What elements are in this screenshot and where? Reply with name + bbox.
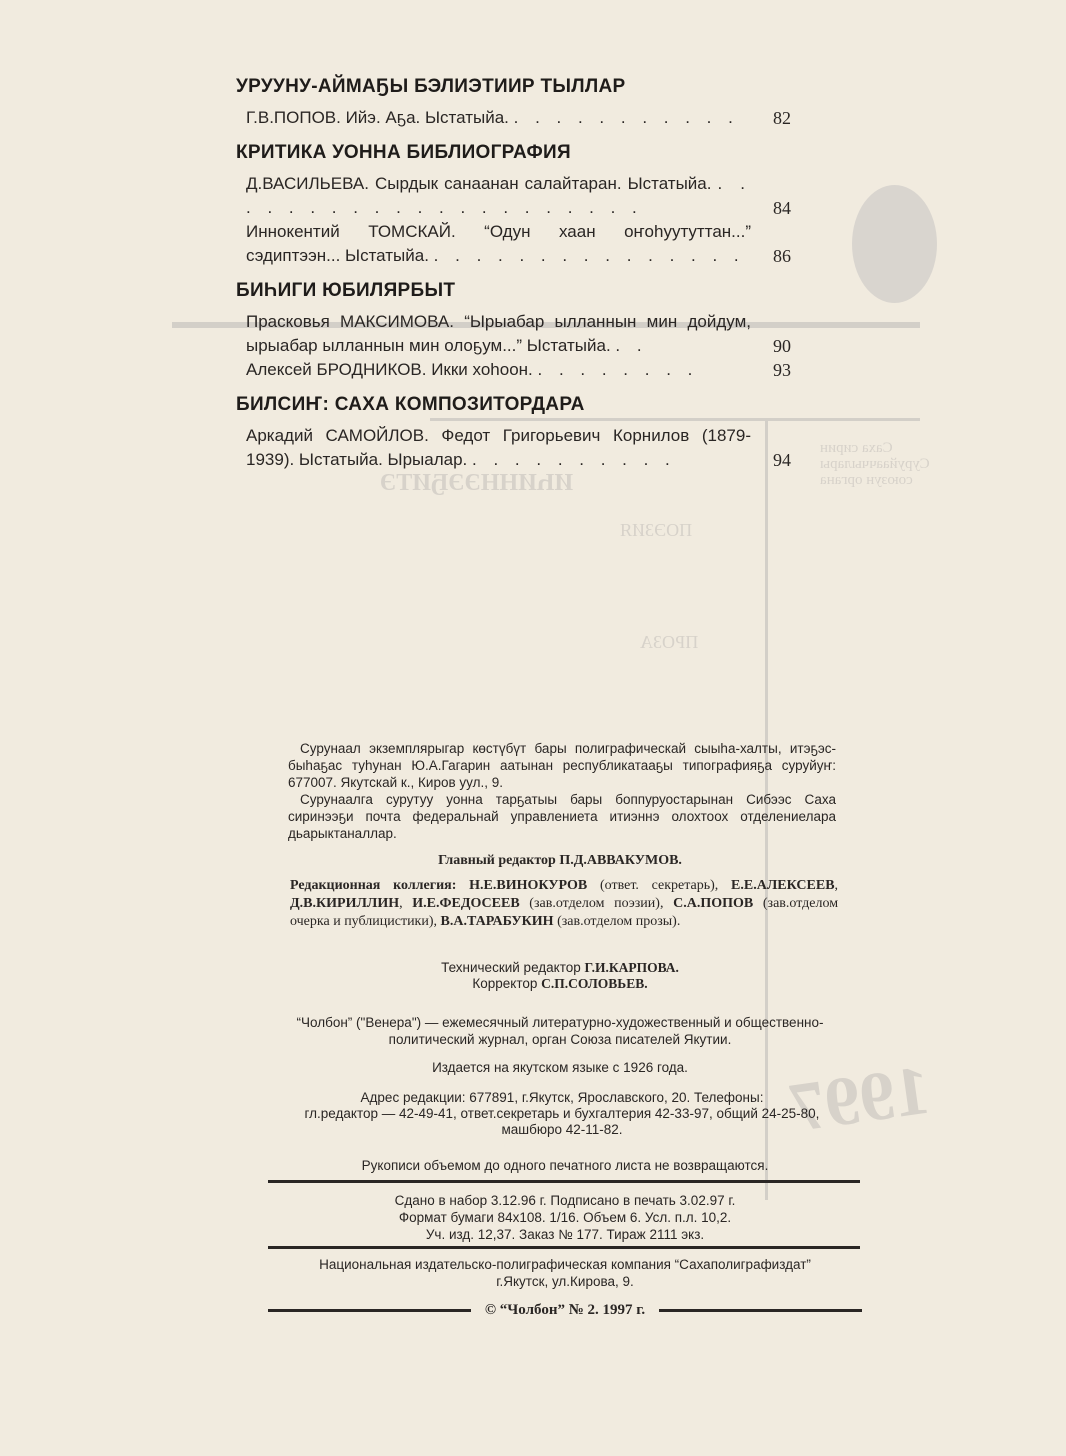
board-label: Редакционная коллегия:: [290, 878, 456, 893]
toc-section: КРИТИКА УОННА БИБЛИОГРАФИЯ Д.ВАСИЛЬЕВА. …: [236, 142, 796, 268]
print-info-line: Сдано в набор 3.12.96 г. Подписано в печ…: [270, 1192, 860, 1209]
leader-dots: . . . . . . . . . . . . . . .: [434, 246, 745, 265]
entry-text: Прасковья МАКСИМОВА. “Ырыабар ылланнын м…: [246, 312, 751, 355]
toc-entry: Аркадий САМОЙЛОВ. Федот Григорьевич Корн…: [246, 424, 751, 472]
chief-editor-label: Главный редактор: [438, 853, 556, 868]
section-title: КРИТИКА УОННА БИБЛИОГРАФИЯ: [236, 142, 796, 164]
bleed-text: союзун органа: [820, 472, 913, 489]
toc-section: УРУУНУ-АЙМАҔЫ БЭЛИЭТИИР ТЫЛЛАР Г.В.ПОПОВ…: [236, 76, 796, 130]
board-member-name: Н.Е.ВИНОКУРОВ: [469, 878, 587, 893]
toc-entry: Г.В.ПОПОВ. Ийэ. Аҕа. Ыстатыйа. . . . . .…: [246, 106, 751, 130]
copyright-text: © “Чолбон” № 2. 1997 г.: [471, 1302, 659, 1319]
address-line: машбюро 42-11-82.: [262, 1122, 862, 1138]
publication-since: Издается на якутском языке с 1926 года.: [280, 1060, 840, 1075]
publisher-line: Национальная издательско-полиграфическая…: [270, 1256, 860, 1273]
technical-staff: Технический редактор Г.И.КАРПОВА. Коррек…: [280, 960, 840, 992]
board-member-role: (зав.отделом поэзии): [529, 896, 660, 911]
page-number: 94: [773, 448, 791, 472]
technical-editor: Технический редактор Г.И.КАРПОВА.: [280, 960, 840, 976]
table-of-contents: УРУУНУ-АЙМАҔЫ БЭЛИЭТИИР ТЫЛЛАР Г.В.ПОПОВ…: [236, 76, 796, 484]
technical-editor-name: Г.И.КАРПОВА.: [585, 960, 679, 975]
toc-entry: Алексей БРОДНИКОВ. Икки хоһоон. . . . . …: [246, 358, 751, 382]
editorial-board: Редакционная коллегия: Н.Е.ВИНОКУРОВ (от…: [290, 877, 838, 931]
section-title: УРУУНУ-АЙМАҔЫ БЭЛИЭТИИР ТЫЛЛАР: [236, 76, 796, 98]
section-title: БИҺИГИ ЮБИЛЯРБЫТ: [236, 280, 796, 302]
page-number: 84: [773, 196, 791, 220]
publisher-info: Национальная издательско-полиграфическая…: [270, 1256, 860, 1290]
bleed-text: Суруйааччылары: [820, 456, 930, 473]
toc-section: БИЛСИҤ: САХА КОМПОЗИТОРДАРА Аркадий САМО…: [236, 394, 796, 472]
page-number: 86: [773, 244, 791, 268]
board-member-name: И.Е.ФЕДОСЕЕВ: [412, 896, 519, 911]
print-info-line: Формат бумаги 84х108. 1/16. Объем 6. Усл…: [270, 1209, 860, 1226]
page-number: 93: [773, 358, 791, 382]
imprint-paragraph: Сурунаал экземплярыгар көстүбүт бары пол…: [288, 740, 836, 791]
divider: [268, 1309, 471, 1312]
corrector-name: С.П.СОЛОВЬЕВ.: [541, 976, 647, 991]
bleed-text: ПОЭЗИЯ: [620, 520, 692, 541]
address-line: Адрес редакции: 677891, г.Якутск, Яросла…: [262, 1090, 862, 1106]
print-info: Сдано в набор 3.12.96 г. Подписано в печ…: [270, 1192, 860, 1243]
section-title: БИЛСИҤ: САХА КОМПОЗИТОРДАРА: [236, 394, 796, 416]
toc-entry: Д.ВАСИЛЬЕВА. Сырдык санаанан салайтаран.…: [246, 172, 751, 220]
leader-dots: . .: [615, 336, 647, 355]
board-member-name: С.А.ПОПОВ: [673, 896, 753, 911]
board-member-role: (ответ. секретарь): [600, 878, 715, 893]
address-line: гл.редактор — 42-49-41, ответ.секретарь …: [262, 1106, 862, 1122]
entry-text: Г.В.ПОПОВ. Ийэ. Аҕа. Ыстатыйа.: [246, 108, 509, 127]
divider: [659, 1309, 862, 1312]
bleed-emblem: [852, 185, 937, 303]
toc-section: БИҺИГИ ЮБИЛЯРБЫТ Прасковья МАКСИМОВА. “Ы…: [236, 280, 796, 382]
chief-editor: Главный редактор П.Д.АВВАКУМОВ.: [280, 853, 840, 869]
page-number: 90: [773, 334, 791, 358]
board-member-role: (зав.отделом прозы).: [557, 914, 680, 929]
entry-text: Д.ВАСИЛЬЕВА. Сырдык санаанан салайтаран.…: [246, 174, 711, 193]
technical-editor-label: Технический редактор: [441, 960, 581, 975]
leader-dots: . . . . . . . . . .: [472, 450, 676, 469]
journal-description: “Чолбон” ("Венера") — ежемесячный литера…: [280, 1014, 840, 1048]
leader-dots: . . . . . . . . . . .: [514, 108, 739, 127]
page-number: 82: [773, 106, 791, 130]
copyright-footer: © “Чолбон” № 2. 1997 г.: [268, 1302, 862, 1319]
entry-text: Алексей БРОДНИКОВ. Икки хоһоон.: [246, 360, 533, 379]
toc-entry: Иннокентий ТОМСКАЙ. “Одун хаан оҥоһуутут…: [246, 220, 751, 268]
leader-dots: . . . . . . . .: [538, 360, 699, 379]
corrector: Корректор С.П.СОЛОВЬЕВ.: [280, 976, 840, 992]
imprint-notes: Сурунаал экземплярыгар көстүбүт бары пол…: [288, 740, 836, 842]
imprint-paragraph: Сурунаалга сурутуу уонна тарҕатыы бары б…: [288, 791, 836, 842]
toc-entry: Прасковья МАКСИМОВА. “Ырыабар ылланнын м…: [246, 310, 751, 358]
divider: [268, 1246, 860, 1249]
divider: [268, 1180, 860, 1183]
board-member-name: Е.Е.АЛЕКСЕЕВ: [731, 878, 834, 893]
editorial-address: Адрес редакции: 677891, г.Якутск, Яросла…: [262, 1090, 862, 1138]
bleed-text: ПРОЗА: [640, 632, 698, 653]
board-member-name: Д.В.КИРИЛЛИН: [290, 896, 399, 911]
corrector-label: Корректор: [472, 976, 537, 991]
bleed-text: Саха сирин: [820, 440, 893, 457]
print-info-line: Уч. изд. 12,37. Заказ № 177. Тираж 2111 …: [270, 1226, 860, 1243]
chief-editor-name: П.Д.АВВАКУМОВ.: [559, 853, 682, 868]
board-member-name: В.А.ТАРАБУКИН: [441, 914, 554, 929]
publisher-line: г.Якутск, ул.Кирова, 9.: [270, 1273, 860, 1290]
manuscripts-notice: Рукописи объемом до одного печатного лис…: [270, 1158, 860, 1173]
